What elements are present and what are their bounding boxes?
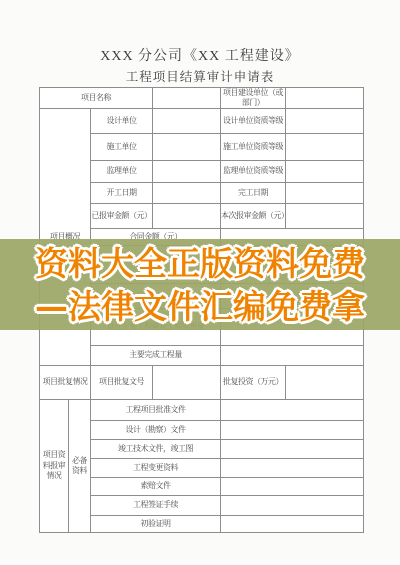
material-item-approval-doc-value: [221, 400, 364, 421]
material-item-visa-doc-value: [221, 496, 364, 516]
construction-contractor-value: [153, 134, 221, 161]
material-item-design-doc: 设计（勘察）文件: [91, 421, 221, 440]
approved-investment-label: 批复投资（万元）: [221, 366, 286, 400]
completion-date-value: [286, 183, 364, 204]
approval-doc-no-value: [153, 366, 221, 400]
approved-investment-value: [286, 366, 364, 400]
design-unit-grade-value: [286, 109, 364, 134]
material-item-initial-acceptance-value: [221, 516, 364, 533]
material-item-design-doc-value: [221, 421, 364, 440]
construction-unit-label-text: 项目建设单位（或部门）: [221, 88, 285, 108]
materials-section-label: 项目资料报审情况: [40, 400, 69, 533]
material-item-claim-doc: 索赔文件: [91, 478, 221, 496]
supervision-unit-value: [153, 161, 221, 183]
completed-quantity-value: [221, 346, 364, 366]
promo-banner-line1: 资料大全正版资料免费: [35, 242, 365, 285]
construction-unit-value: [286, 88, 364, 109]
supervision-unit-label: 监理单位: [91, 161, 153, 183]
promo-banner-line2: —法律文件汇编免费拿: [35, 285, 365, 328]
form-page: XXX 分公司《XX 工程建设》 工程项目结算审计申请表 项目名称 项目建设单位…: [0, 0, 400, 565]
design-unit-grade-label: 设计单位资质等级: [221, 109, 286, 134]
material-item-change-doc: 工程变更资料: [91, 459, 221, 478]
materials-sub-label: 必备资料: [69, 400, 91, 533]
material-item-initial-acceptance: 初验证明: [91, 516, 221, 533]
project-name-value: [153, 88, 221, 109]
reported-amount-label: 已报审金额（元）: [91, 204, 153, 229]
start-date-label: 开工日期: [91, 183, 153, 204]
completed-quantity-label: 主要完成工程量: [91, 346, 221, 366]
supervision-unit-grade-label: 监理单位资质等级: [221, 161, 286, 183]
material-item-claim-doc-value: [221, 478, 364, 496]
construction-unit-label: 项目建设单位（或部门）: [221, 88, 286, 109]
design-unit-label: 设计单位: [91, 109, 153, 134]
construction-contractor-grade-label: 施工单位资质等级: [221, 134, 286, 161]
material-item-completion-doc-value: [221, 440, 364, 459]
company-title: XXX 分公司《XX 工程建设》: [0, 45, 400, 65]
form-title: 工程项目结算审计申请表: [0, 67, 400, 85]
approval-doc-no-label: 项目批复文号: [91, 366, 153, 400]
current-reported-amount-label: 本次报审金额（元）: [221, 204, 286, 229]
material-item-change-doc-value: [221, 459, 364, 478]
supervision-unit-grade-value: [286, 161, 364, 183]
construction-contractor-label: 施工单位: [91, 134, 153, 161]
project-name-label: 项目名称: [40, 88, 153, 109]
reported-amount-value: [153, 204, 221, 229]
material-item-visa-doc: 工程签证手续: [91, 496, 221, 516]
completion-date-label: 完工日期: [221, 183, 286, 204]
promo-banner-overlay: 资料大全正版资料免费 —法律文件汇编免费拿: [0, 239, 400, 330]
current-reported-amount-value: [286, 204, 364, 229]
construction-contractor-grade-value: [286, 134, 364, 161]
material-item-completion-doc: 竣工技术文件，竣工图: [91, 440, 221, 459]
approval-section-label: 项目批复情况: [40, 366, 91, 400]
start-date-value: [153, 183, 221, 204]
material-item-approval-doc: 工程项目批准文件: [91, 400, 221, 421]
design-unit-value: [153, 109, 221, 134]
